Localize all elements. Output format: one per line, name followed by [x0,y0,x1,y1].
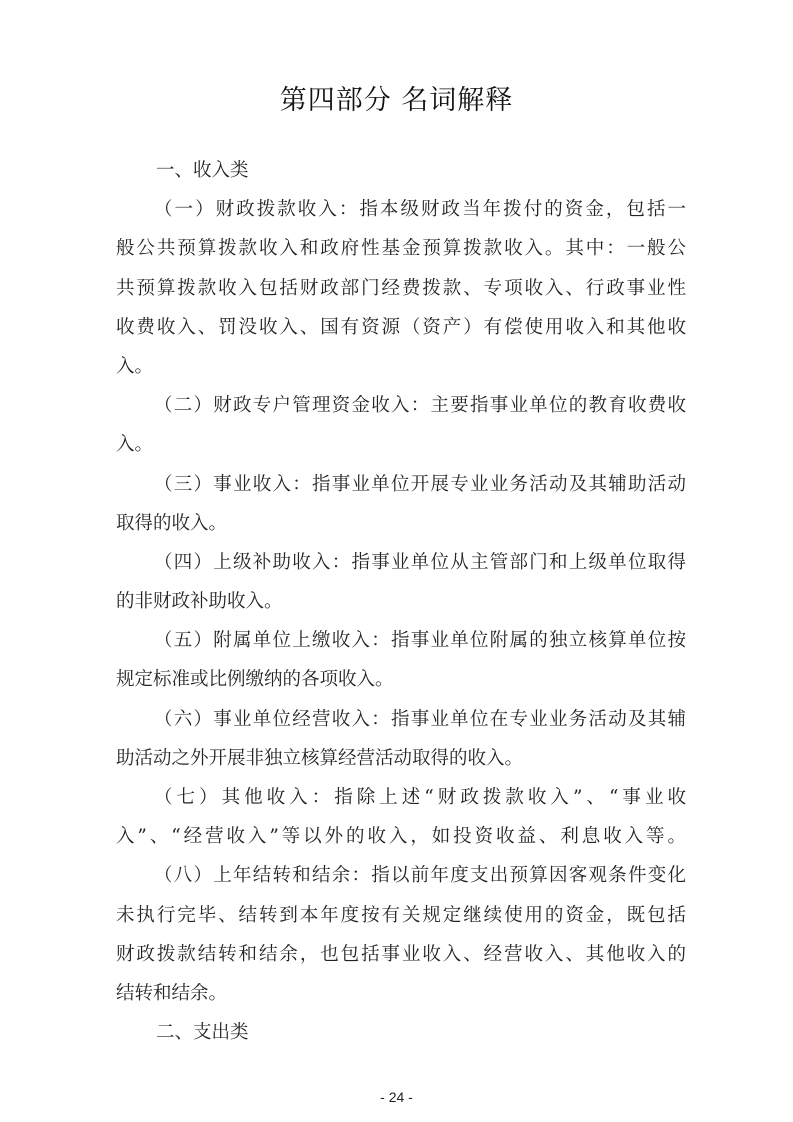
paragraph-line: （二）财政专户管理资金收入：主要指事业单位的教育收费收 [116,386,686,425]
paragraph-line: （七）其他收入：指除上述“财政拨款收入”、“事业收 [116,778,686,817]
paragraph-line: 未执行完毕、结转到本年度按有关规定继续使用的资金，既包括 [116,896,686,935]
document-body: 一、收入类 （一）财政拨款收入：指本级财政当年拨付的资金，包括一 般公共预算拨款… [116,151,686,1052]
paragraph-other-income: （七）其他收入：指除上述“财政拨款收入”、“事业收 入”、“经营收入”等以外的收… [116,778,686,856]
paragraph-line: 入”、“经营收入”等以外的收入，如投资收益、利息收入等。 [116,817,686,856]
paragraph-line: 入。 [116,425,686,464]
page-title: 第四部分 名词解释 [0,78,793,117]
paragraph-line: 结转和结余。 [116,974,686,1013]
paragraph-carryover-balance: （八）上年结转和结余：指以前年度支出预算因客观条件变化 未执行完毕、结转到本年度… [116,856,686,1013]
document-page: 第四部分 名词解释 一、收入类 （一）财政拨款收入：指本级财政当年拨付的资金，包… [0,0,793,1122]
paragraph-line: 共预算拨款收入包括财政部门经费拨款、专项收入、行政事业性 [116,269,686,308]
paragraph-line: （六）事业单位经营收入：指事业单位在专业业务活动及其辅 [116,700,686,739]
paragraph-line: （五）附属单位上缴收入：指事业单位附属的独立核算单位按 [116,621,686,660]
paragraph-affiliated-unit-income: （五）附属单位上缴收入：指事业单位附属的独立核算单位按 规定标准或比例缴纳的各项… [116,621,686,699]
paragraph-special-account-income: （二）财政专户管理资金收入：主要指事业单位的教育收费收 入。 [116,386,686,464]
paragraph-line: 的非财政补助收入。 [116,582,686,621]
paragraph-line: 助活动之外开展非独立核算经营活动取得的收入。 [116,739,686,778]
paragraph-line: 规定标准或比例缴纳的各项收入。 [116,660,686,699]
paragraph-line: 收费收入、罚没收入、国有资源（资产）有偿使用收入和其他收 [116,308,686,347]
paragraph-line: （八）上年结转和结余：指以前年度支出预算因客观条件变化 [116,856,686,895]
paragraph-line: （四）上级补助收入：指事业单位从主管部门和上级单位取得 [116,543,686,582]
paragraph-business-income: （三）事业收入：指事业单位开展专业业务活动及其辅助活动 取得的收入。 [116,465,686,543]
page-number: - 24 - [0,1089,793,1105]
paragraph-operating-income: （六）事业单位经营收入：指事业单位在专业业务活动及其辅 助活动之外开展非独立核算… [116,700,686,778]
paragraph-higher-level-subsidy-income: （四）上级补助收入：指事业单位从主管部门和上级单位取得 的非财政补助收入。 [116,543,686,621]
paragraph-line: 财政拨款结转和结余，也包括事业收入、经营收入、其他收入的 [116,935,686,974]
paragraph-line: 般公共预算拨款收入和政府性基金预算拨款收入。其中：一般公 [116,229,686,268]
paragraph-line: 入。 [116,347,686,386]
section-heading-income: 一、收入类 [116,151,686,190]
section-heading-expenditure: 二、支出类 [116,1013,686,1052]
paragraph-line: 取得的收入。 [116,504,686,543]
paragraph-line: （一）财政拨款收入：指本级财政当年拨付的资金，包括一 [116,190,686,229]
paragraph-line: （三）事业收入：指事业单位开展专业业务活动及其辅助活动 [116,465,686,504]
paragraph-fiscal-appropriation-income: （一）财政拨款收入：指本级财政当年拨付的资金，包括一 般公共预算拨款收入和政府性… [116,190,686,386]
